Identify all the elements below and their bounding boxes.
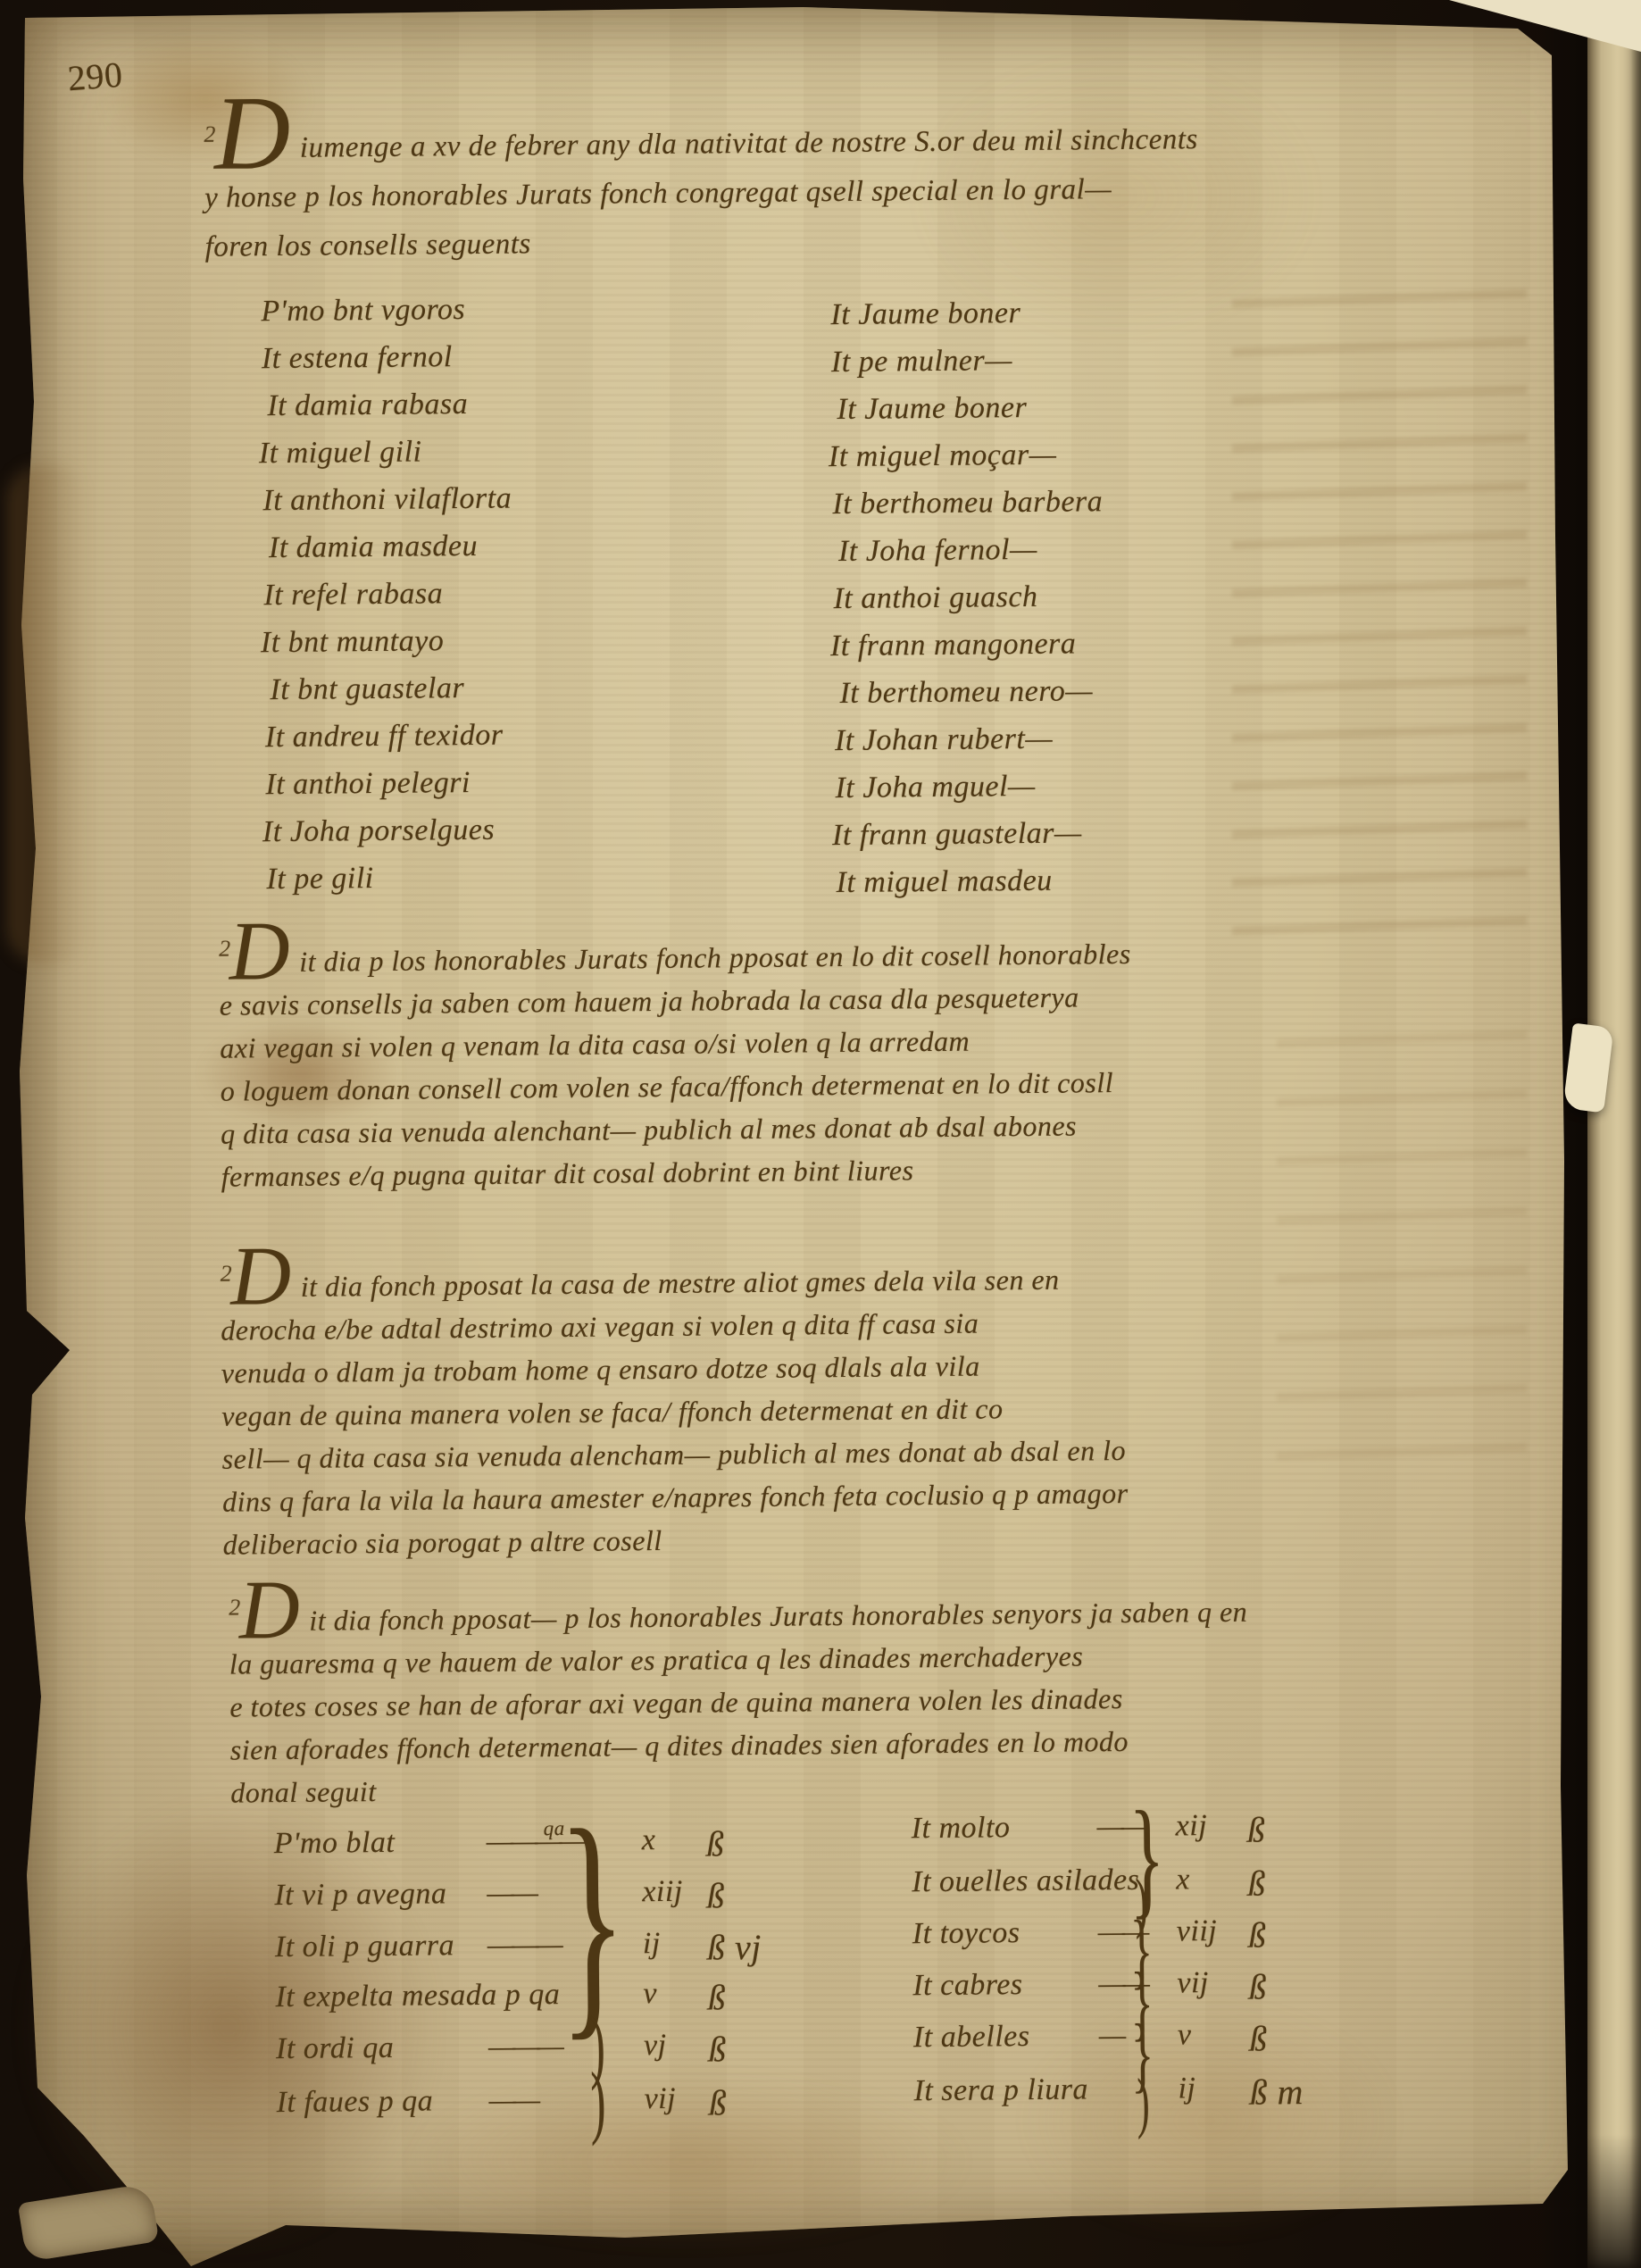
- price-dash: ——: [488, 2083, 537, 2118]
- council-member: It pe mulner—: [831, 336, 1102, 386]
- price-row: It oli p guarra ——— ij ß vj: [275, 1926, 776, 1982]
- price-item-label: It ordi qa: [276, 2031, 395, 2066]
- illuminated-initial: D: [230, 1272, 291, 1281]
- grouping-paren: ): [1137, 2069, 1150, 2137]
- price-currency: ß: [706, 1874, 725, 1916]
- price-item-label: It molto: [912, 1811, 1011, 1846]
- heading-line: 2Diumenge a xv de febrer any dla nativit…: [204, 100, 1198, 174]
- price-value: xiij: [642, 1875, 683, 1909]
- price-currency: ß: [1249, 2017, 1268, 2059]
- price-item-label: It faues p qa: [276, 2084, 433, 2120]
- price-row: It cabres —— vij ß: [912, 1965, 1333, 2022]
- price-dash: ———: [487, 1928, 561, 1963]
- council-list-right: It Jaume boner It pe mulner— It Jaume bo…: [830, 288, 1106, 906]
- council-member: It frann guastelar—: [832, 809, 1106, 859]
- council-member: It Jaume boner: [837, 383, 1102, 433]
- council-member: It miguel moçar—: [829, 430, 1103, 480]
- price-dash: ——: [487, 1876, 536, 1911]
- session-heading: 2Diumenge a xv de febrer any dla nativit…: [204, 100, 1199, 272]
- heading-line: y honse p los honorables Jurats fonch co…: [204, 164, 1199, 223]
- price-currency: ß: [706, 1822, 725, 1864]
- price-value: viij: [1177, 1914, 1218, 1948]
- price-item-label: It abelles: [913, 2020, 1030, 2055]
- price-dash: —: [1099, 2019, 1124, 2053]
- council-member: It bnt guastelar: [270, 664, 513, 714]
- paragraph-line: dins q fara la vila la haura amester e/n…: [222, 1472, 1129, 1523]
- council-member: It damia rabasa: [267, 380, 511, 430]
- price-row: It ordi qa ——— vj ß: [276, 2028, 777, 2084]
- minute-paragraph-2: 2Dit dia fonch pposat la casa de mestre …: [220, 1244, 1129, 1566]
- minute-paragraph-1: 2Dit dia p los honorables Jurats fonch p…: [219, 919, 1133, 1198]
- council-member: It frann mangonera: [830, 620, 1104, 670]
- council-member: It estena fernol: [262, 333, 511, 383]
- price-currency: ß: [708, 2081, 727, 2123]
- price-row: It molto —— xij ß: [912, 1808, 1332, 1864]
- council-member: It anthoi pelegri: [265, 759, 514, 809]
- price-row: It vi p avegna —— xiij ß: [274, 1874, 775, 1930]
- price-currency: ß: [1247, 1862, 1266, 1904]
- price-value: v: [643, 1977, 657, 2011]
- price-value: vij: [1177, 1966, 1209, 2000]
- price-row: P'mo blat ———— qa x ß: [274, 1822, 775, 1879]
- price-item-label: It ouelles asilades: [912, 1864, 1139, 1899]
- price-currency: ß vj: [707, 1926, 762, 1969]
- council-member: It anthoni vilaflorta: [262, 475, 512, 525]
- council-member: It Johan rubert—: [835, 714, 1105, 764]
- council-list-left: P'mo bnt vgoros It estena fernol It dami…: [261, 286, 515, 904]
- council-member: It Joha porselgues: [262, 806, 515, 856]
- council-member: It berthomeu barbera: [832, 478, 1103, 528]
- paragraph-text: it dia fonch pposat la casa de mestre al…: [301, 1263, 1060, 1303]
- price-item-label: It oli p guarra: [275, 1929, 454, 1964]
- council-member: It bnt muntayo: [261, 617, 513, 667]
- price-row: It sera p liura ij ß m: [913, 2071, 1334, 2127]
- price-dash: ———: [488, 2030, 562, 2064]
- council-member: It Jaume boner: [830, 288, 1101, 338]
- price-row: It abelles — v ß: [913, 2017, 1334, 2073]
- price-item-label: It vi p avegna: [274, 1877, 446, 1913]
- council-member: P'mo bnt vgoros: [261, 286, 510, 336]
- council-member: It miguel gili: [259, 428, 512, 478]
- price-currency: ß: [1247, 1808, 1266, 1850]
- price-item-label: It sera p liura: [913, 2072, 1088, 2108]
- price-currency: ß m: [1249, 2071, 1304, 2114]
- illuminated-initial: D: [214, 129, 291, 138]
- paragraph-line: q dita casa sia venuda alenchant— public…: [221, 1104, 1133, 1155]
- council-member: It damia masdeu: [269, 522, 512, 572]
- council-member: It Joha mguel—: [835, 762, 1105, 812]
- heading-line: foren los consells seguents: [204, 213, 1199, 272]
- manuscript-text-layer: 290 2Diumenge a xv de febrer any dla nat…: [0, 0, 1641, 2268]
- price-currency: ß: [1248, 1965, 1267, 2007]
- price-value: x: [1176, 1863, 1190, 1897]
- paragraph-text: it dia p los honorables Jurats fonch ppo…: [299, 938, 1131, 978]
- council-member: It Joha fernol—: [838, 525, 1104, 575]
- paragraph-line: e savis consells ja saben com hauem ja h…: [220, 975, 1132, 1027]
- price-item-label: It expelta mesada p qa: [275, 1978, 560, 2014]
- illuminated-initial: D: [229, 946, 290, 956]
- price-value: v: [1178, 2018, 1192, 2052]
- price-row: It expelta mesada p qa v ß: [275, 1976, 776, 2032]
- price-currency: ß: [707, 1976, 726, 2018]
- price-item-label: P'mo blat: [274, 1826, 396, 1861]
- price-currency: ß: [1248, 1914, 1267, 1955]
- paragraph-line: fermanses e/q pugna quitar dit cosal dob…: [221, 1147, 1133, 1198]
- paragraph-line: 2Dit dia p los honorables Jurats fonch p…: [219, 919, 1131, 984]
- price-value: ij: [643, 1927, 661, 1961]
- council-member: It miguel masdeu: [836, 856, 1106, 906]
- paragraph-line: 2Dit dia fonch pposat la casa de mestre …: [220, 1244, 1126, 1309]
- price-row: It toycos —— viij ß: [912, 1914, 1333, 1970]
- paragraph-text: it dia fonch pposat— p los honorables Ju…: [309, 1596, 1247, 1637]
- council-member: It berthomeu nero—: [839, 667, 1104, 717]
- price-value: x: [642, 1823, 656, 1857]
- minute-paragraph-3: 2Dit dia fonch pposat— p los honorables …: [229, 1577, 1249, 1814]
- council-member: It pe gili: [266, 854, 515, 904]
- price-value: ij: [1178, 2072, 1195, 2105]
- price-value: vj: [644, 2029, 667, 2063]
- council-member: It refel rabasa: [263, 570, 512, 620]
- price-item-label: It cabres: [912, 1968, 1023, 2003]
- price-item-label: It toycos: [912, 1916, 1020, 1951]
- council-member: It andreu ff texidor: [265, 712, 514, 762]
- folio-number: 290: [66, 54, 124, 100]
- council-member: It anthoi guasch: [833, 572, 1104, 622]
- illuminated-initial: D: [239, 1605, 300, 1615]
- price-value: vij: [644, 2082, 676, 2116]
- manuscript-scan: 290 2Diumenge a xv de febrer any dla nat…: [0, 0, 1641, 2268]
- price-row: It faues p qa —— vij ß: [276, 2081, 777, 2138]
- price-currency: ß: [708, 2028, 727, 2070]
- price-row: It ouelles asilades x ß: [912, 1862, 1332, 1918]
- paragraph-line: 2Dit dia fonch pposat— p los honorables …: [229, 1577, 1247, 1643]
- grouping-paren: ): [590, 2060, 606, 2142]
- heading-text: iumenge a xv de febrer any dla nativitat…: [300, 123, 1198, 164]
- paragraph-line: deliberacio sia porogat p altre cosell: [222, 1514, 1129, 1566]
- price-value: xij: [1176, 1809, 1208, 1843]
